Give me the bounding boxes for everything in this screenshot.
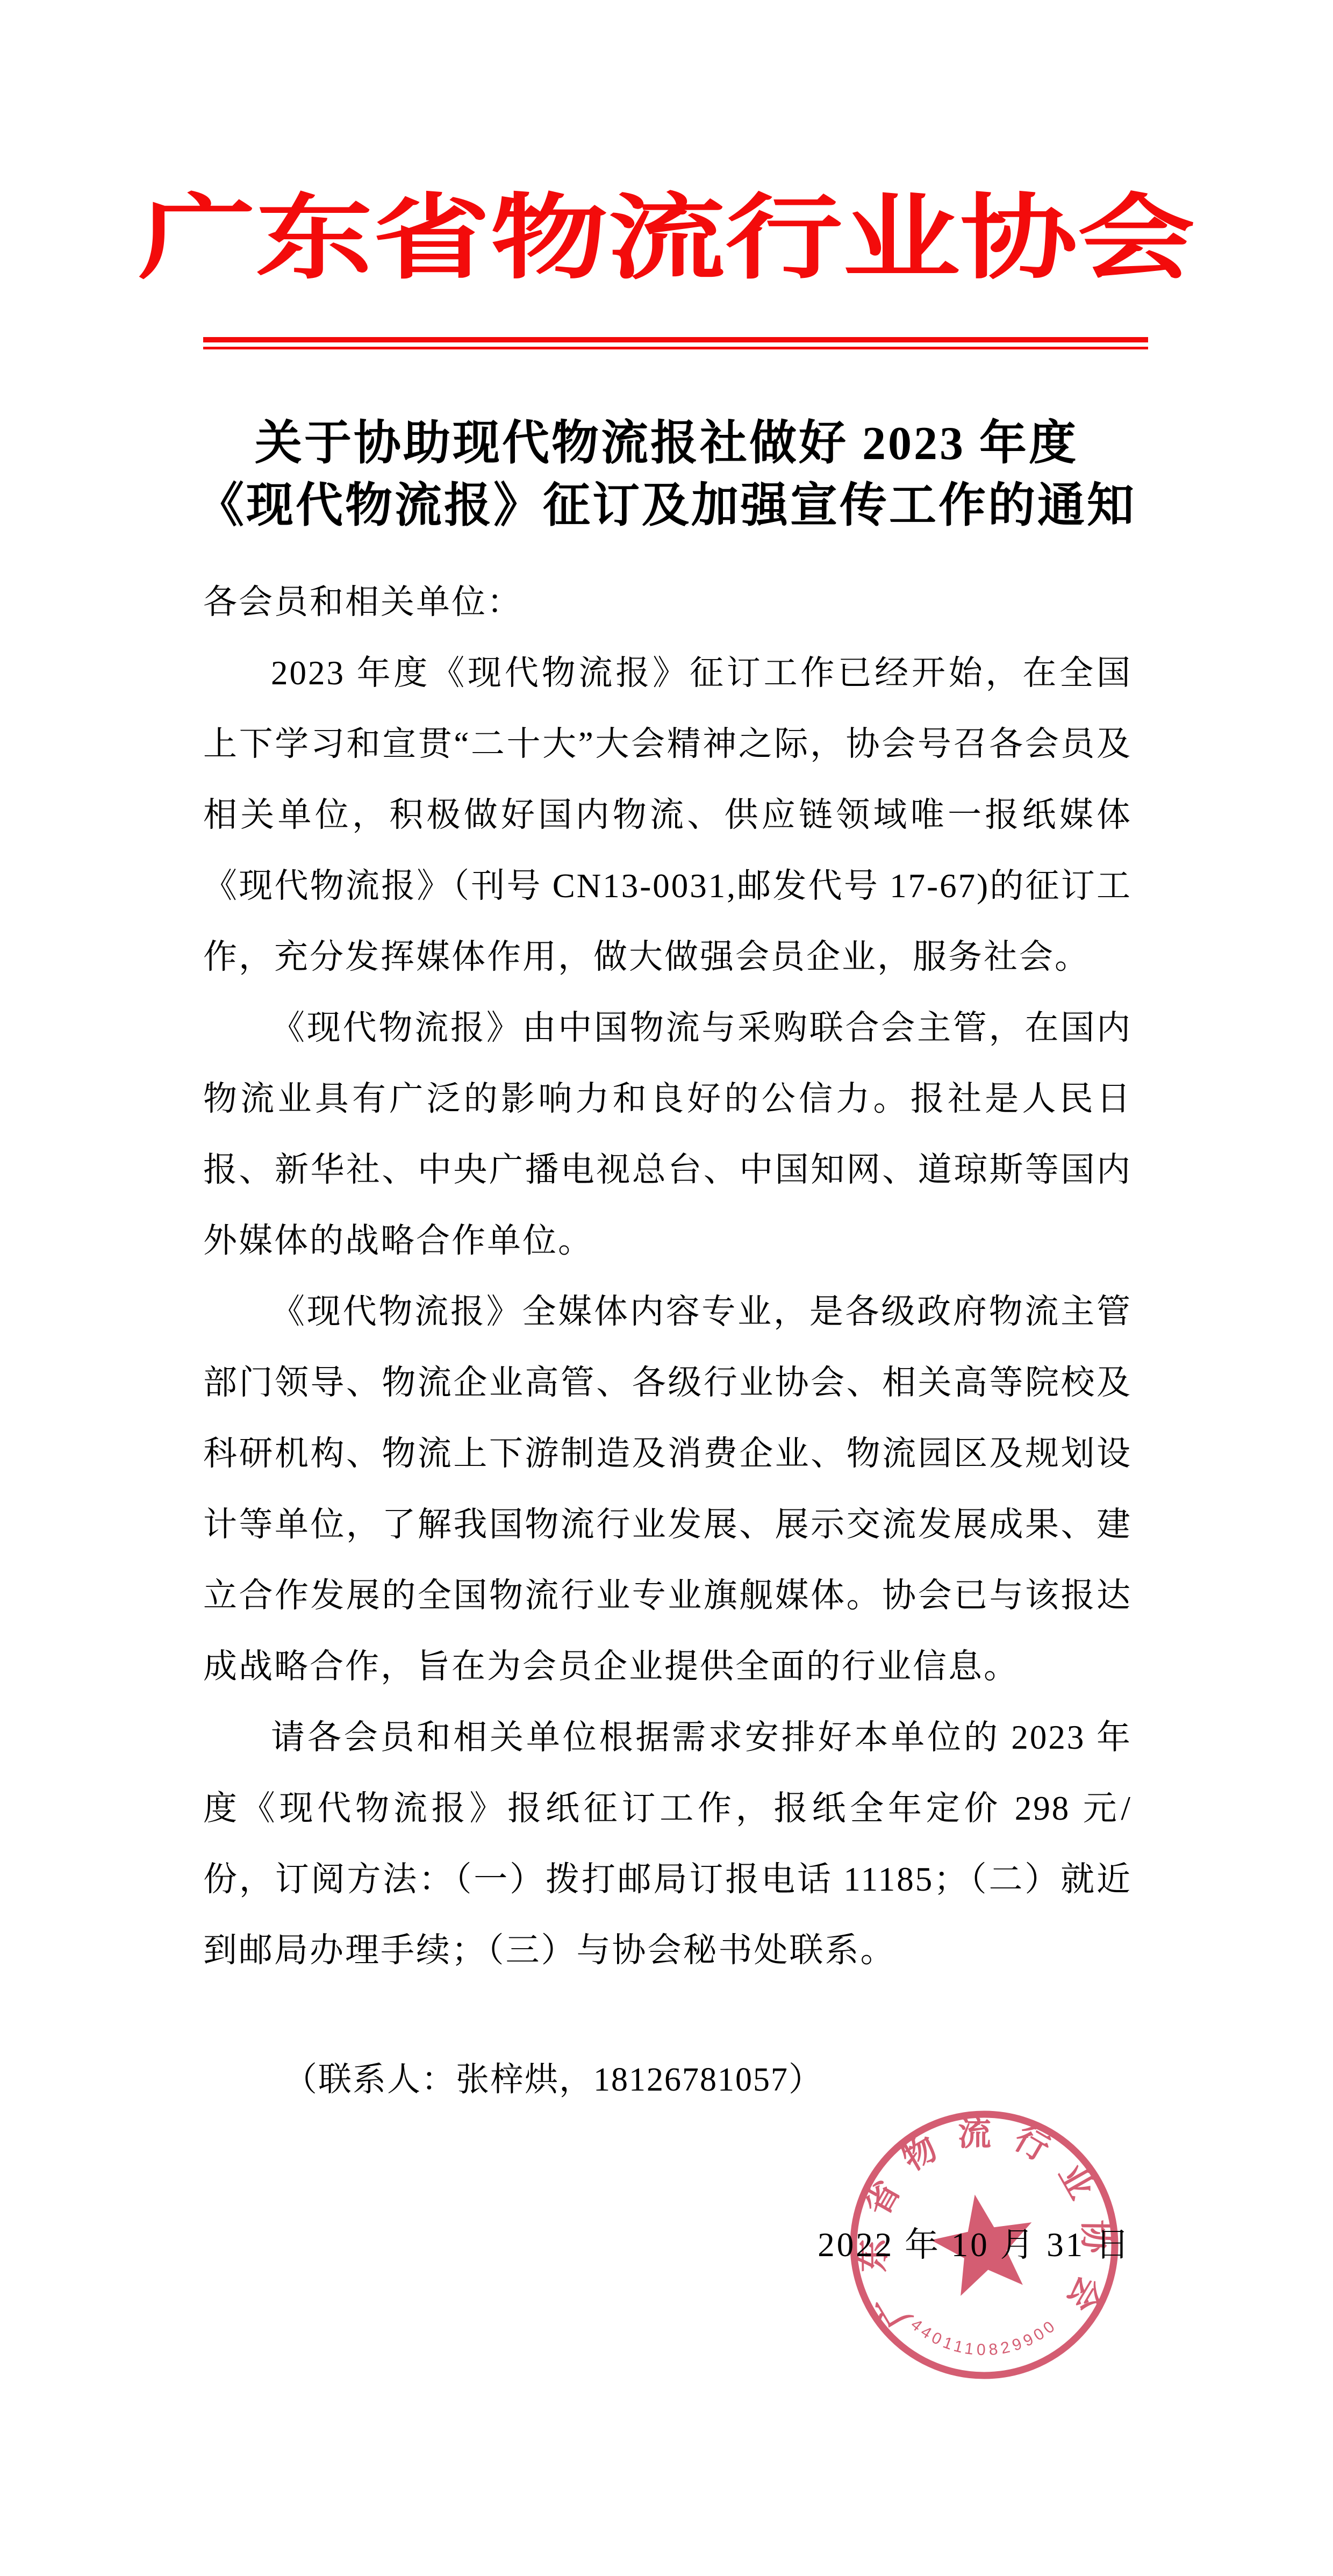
notice-title-line2: 《现代物流报》征订及加强宣传工作的通知 [0, 475, 1333, 538]
paragraph-1: 2023 年度《现代物流报》征订工作已经开始，在全国上下学习和宣贯“二十大”大会… [203, 638, 1132, 992]
red-divider-thin [203, 347, 1148, 349]
paragraph-4: 请各会员和相关单位根据需求安排好本单位的 2023 年度《现代物流报》报纸征订工… [203, 1702, 1132, 1986]
document-page: 广东省物流行业协会 关于协助现代物流报社做好 2023 年度 《现代物流报》征订… [0, 0, 1333, 2576]
date-line: 2022 年 10 月 31 日 [818, 2227, 1131, 2263]
salutation: 各会员和相关单位： [203, 567, 1132, 638]
paragraph-3: 《现代物流报》全媒体内容专业，是各级政府物流主管部门领导、物流企业高管、各级行业… [203, 1276, 1132, 1702]
notice-body: 各会员和相关单位： 2023 年度《现代物流报》征订工作已经开始，在全国上下学习… [203, 567, 1132, 1986]
seal-code: 4401110829900 [907, 2315, 1061, 2359]
org-name-text: 广东省物流行业协会 [138, 183, 1195, 296]
paragraph-2: 《现代物流报》由中国物流与采购联合会主管，在国内物流业具有广泛的影响力和良好的公… [203, 992, 1132, 1276]
contact-line: （联系人：张梓烘，18126781057） [284, 2062, 823, 2098]
red-divider-thick [203, 337, 1148, 342]
svg-text:4401110829900: 4401110829900 [907, 2315, 1061, 2359]
org-name-banner: 广东省物流行业协会 [0, 183, 1333, 296]
notice-title-line1: 关于协助现代物流报社做好 2023 年度 [0, 413, 1333, 475]
notice-title: 关于协助现代物流报社做好 2023 年度 《现代物流报》征订及加强宣传工作的通知 [0, 413, 1333, 538]
